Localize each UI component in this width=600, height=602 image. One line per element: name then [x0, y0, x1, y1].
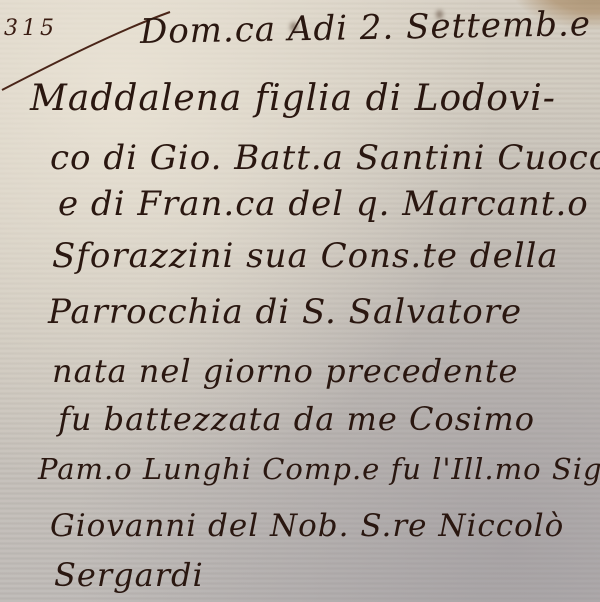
text-line-1: Maddalena figlia di Lodovi- [30, 78, 556, 119]
text-line-8: Pam.o Lunghi Comp.e fu l'Ill.mo Sig. [38, 452, 600, 486]
text-line-10: Sergardi [54, 556, 204, 594]
entry-date-line: Dom.ca Adi 2. Settemb.e [140, 4, 592, 52]
text-line-5: Parrocchia di S. Salvatore [48, 292, 522, 332]
text-line-2: co di Gio. Batt.a Santini Cuoco [50, 138, 600, 178]
text-line-4: Sforazzini sua Cons.te della [52, 236, 559, 276]
entry-number: 315 [4, 16, 58, 41]
text-line-7: fu battezzata da me Cosimo [58, 400, 535, 438]
text-line-6: nata nel giorno precedente [52, 352, 518, 390]
manuscript-page: 315 Dom.ca Adi 2. Settemb.e Maddalena fi… [0, 0, 600, 602]
text-line-3: e di Fran.ca del q. Marcant.o [58, 184, 589, 224]
text-line-9: Giovanni del Nob. S.re Niccolò [50, 508, 564, 544]
